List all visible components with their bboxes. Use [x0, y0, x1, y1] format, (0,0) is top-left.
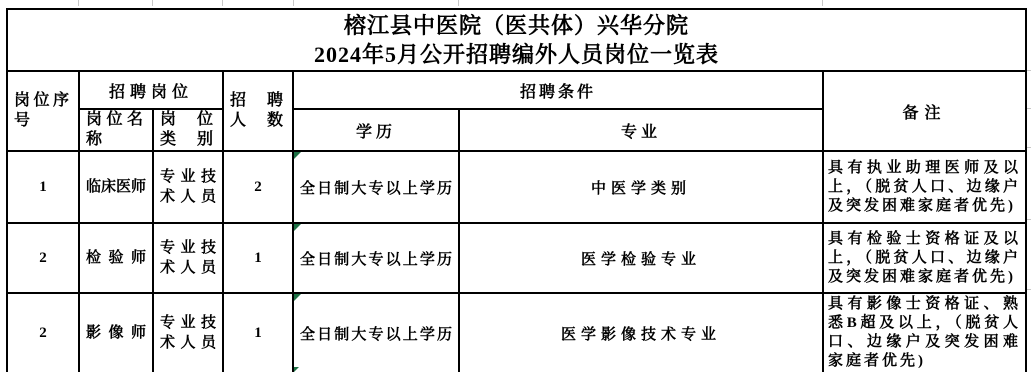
cell-post-type: 专业技术人员	[153, 223, 223, 293]
cell-education: 全日制大专以上学历	[293, 293, 459, 372]
cell-education: 全日制大专以上学历	[293, 223, 459, 293]
header-serial: 岗位序号	[7, 71, 79, 151]
header-condition-group: 招聘条件	[293, 71, 823, 109]
spreadsheet-screenshot: 榕江县中医院（医共体）兴华分院 2024年5月公开招聘编外人员岗位一览表 岗位序…	[0, 0, 1031, 372]
gridline-tick	[222, 0, 223, 6]
cell-post-name: 临床医师	[79, 151, 153, 223]
cell-count: 1	[223, 293, 293, 372]
table-title: 榕江县中医院（医共体）兴华分院 2024年5月公开招聘编外人员岗位一览表	[7, 9, 1026, 71]
header-post-type: 岗位类别	[153, 109, 223, 151]
gridline-tick	[78, 0, 79, 6]
header-post-group: 招聘岗位	[79, 71, 223, 109]
cell-post-name: 影像师	[79, 293, 153, 372]
cell-serial: 2	[7, 223, 79, 293]
cell-education: 全日制大专以上学历	[293, 151, 459, 223]
cell-major: 医学影像技术专业	[459, 293, 823, 372]
excel-error-triangle-icon	[294, 294, 301, 301]
cell-remark: 具有检验士资格证及以上，（脱贫人口、边缘户及突发困难家庭者优先)	[823, 223, 1026, 293]
cell-count: 2	[223, 151, 293, 223]
cell-serial: 2	[7, 293, 79, 372]
title-line2: 2024年5月公开招聘编外人员岗位一览表	[8, 40, 1025, 69]
header-major: 专业	[459, 109, 823, 151]
excel-error-triangle-icon	[294, 152, 301, 159]
cell-major: 中医学类别	[459, 151, 823, 223]
cell-remark: 具有影像士资格证、熟悉B超及以上，（脱贫人口、边缘户及突发困难家庭者优先)	[823, 293, 1026, 372]
cell-major: 医学检验专业	[459, 223, 823, 293]
table-row: 2 检验师 专业技术人员 1 全日制大专以上学历 医学检验专业 具有检验士资格证…	[7, 223, 1026, 293]
gridline-tick	[152, 0, 153, 6]
cell-post-type: 专业技术人员	[153, 293, 223, 372]
cell-count: 1	[223, 223, 293, 293]
education-text: 全日制大专以上学历	[300, 252, 452, 268]
header-post-name: 岗位名称	[79, 109, 153, 151]
education-text: 全日制大专以上学历	[300, 181, 452, 197]
table-row: 1 临床医师 专业技术人员 2 全日制大专以上学历 中医学类别 具有执业助理医师…	[7, 151, 1026, 223]
gridline-tick	[458, 0, 459, 6]
cell-post-name: 检验师	[79, 223, 153, 293]
cell-serial: 1	[7, 151, 79, 223]
education-text: 全日制大专以上学历	[300, 327, 452, 343]
excel-error-triangle-icon	[294, 367, 299, 372]
excel-error-triangle-icon	[294, 224, 301, 231]
header-count: 招聘人数	[223, 71, 293, 151]
cell-remark: 具有执业助理医师及以上，（脱贫人口、边缘户及突发困难家庭者优先)	[823, 151, 1026, 223]
gridline-tick	[822, 0, 823, 6]
header-remark: 备注	[823, 71, 1026, 151]
gridline-tick	[293, 0, 294, 6]
recruitment-table: 榕江县中医院（医共体）兴华分院 2024年5月公开招聘编外人员岗位一览表 岗位序…	[6, 8, 1027, 372]
header-education: 学历	[293, 109, 459, 151]
cell-post-type: 专业技术人员	[153, 151, 223, 223]
table-row: 2 影像师 专业技术人员 1 全日制大专以上学历 医学影像技术专业 具有影像士资…	[7, 293, 1026, 372]
title-line1: 榕江县中医院（医共体）兴华分院	[8, 11, 1025, 40]
